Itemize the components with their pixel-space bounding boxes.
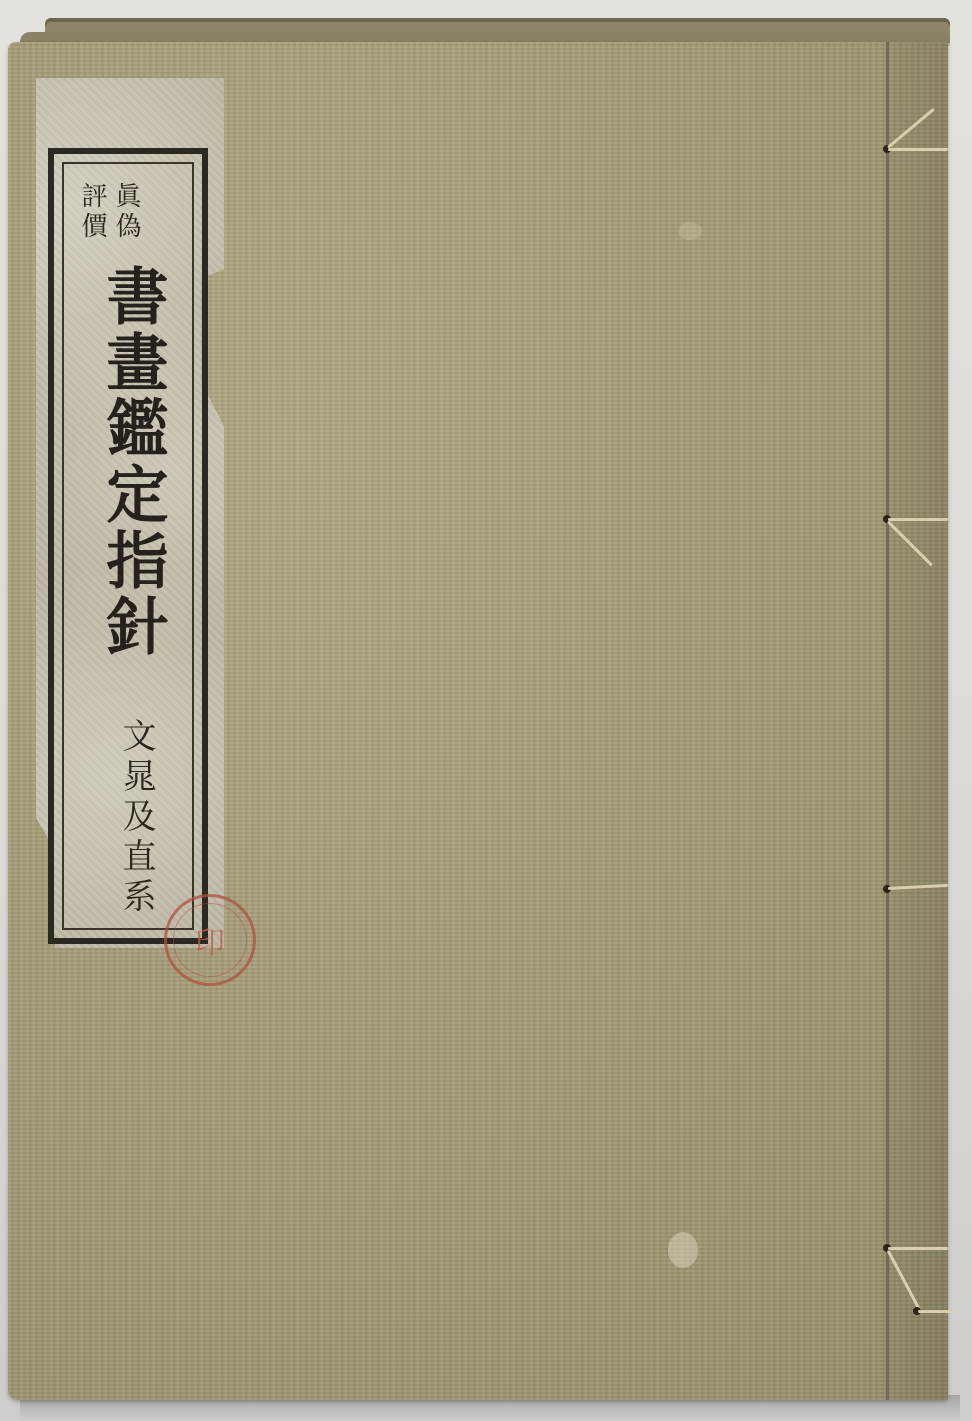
wear-spot	[678, 222, 702, 240]
book-cover: 眞偽 評價 書畫鑑定指針 文晁及直系 印	[8, 42, 948, 1400]
book-author: 文晁及直系	[116, 718, 156, 918]
seal-inner-ring: 印	[173, 903, 247, 977]
label-subtitle-left: 評價	[80, 182, 110, 242]
wear-spot	[668, 1232, 698, 1268]
book-title: 書畫鑑定指針	[97, 264, 167, 660]
thread-horizontal-2	[888, 518, 948, 521]
label-subtitle-right: 眞偽	[114, 182, 144, 242]
seal-glyph: 印	[195, 918, 225, 962]
spine-shading	[884, 42, 948, 1400]
thread-horizontal-4	[888, 1247, 948, 1250]
thread-horizontal-5	[918, 1310, 952, 1313]
thread-horizontal-1	[888, 148, 948, 151]
red-seal-stamp: 印	[164, 894, 256, 986]
binding-crease-line	[886, 42, 889, 1400]
